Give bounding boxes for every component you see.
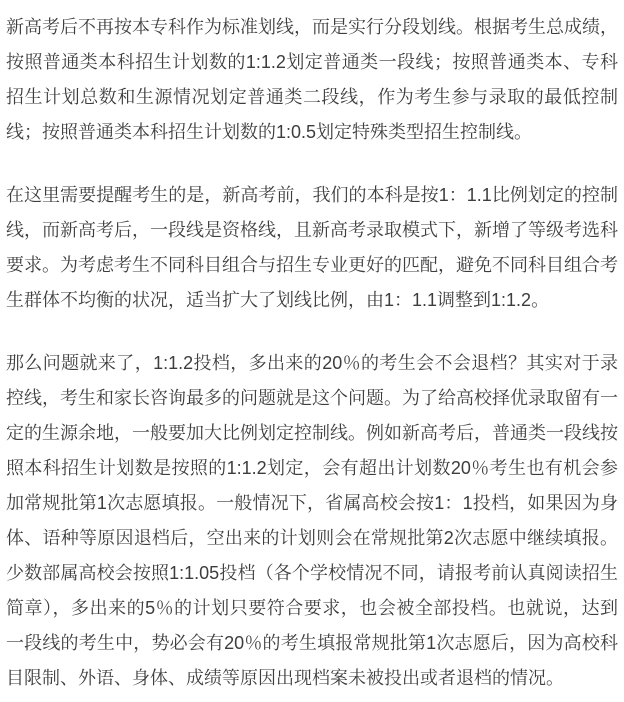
- paragraph-toudang-explanation: 那么问题就来了，1:1.2投档，多出来的20％的考生会不会退档？其实对于录控线，…: [6, 346, 618, 696]
- paragraph-segment-line-policy: 新高考后不再按本专科作为标准划线，而是实行分段划线。根据考生总成绩，按照普通类本…: [6, 10, 618, 150]
- paragraph-ratio-adjustment: 在这里需要提醒考生的是，新高考前，我们的本科是按1：1.1比例划定的控制线，而新…: [6, 178, 618, 318]
- article-body: 新高考后不再按本专科作为标准划线，而是实行分段划线。根据考生总成绩，按照普通类本…: [0, 0, 624, 696]
